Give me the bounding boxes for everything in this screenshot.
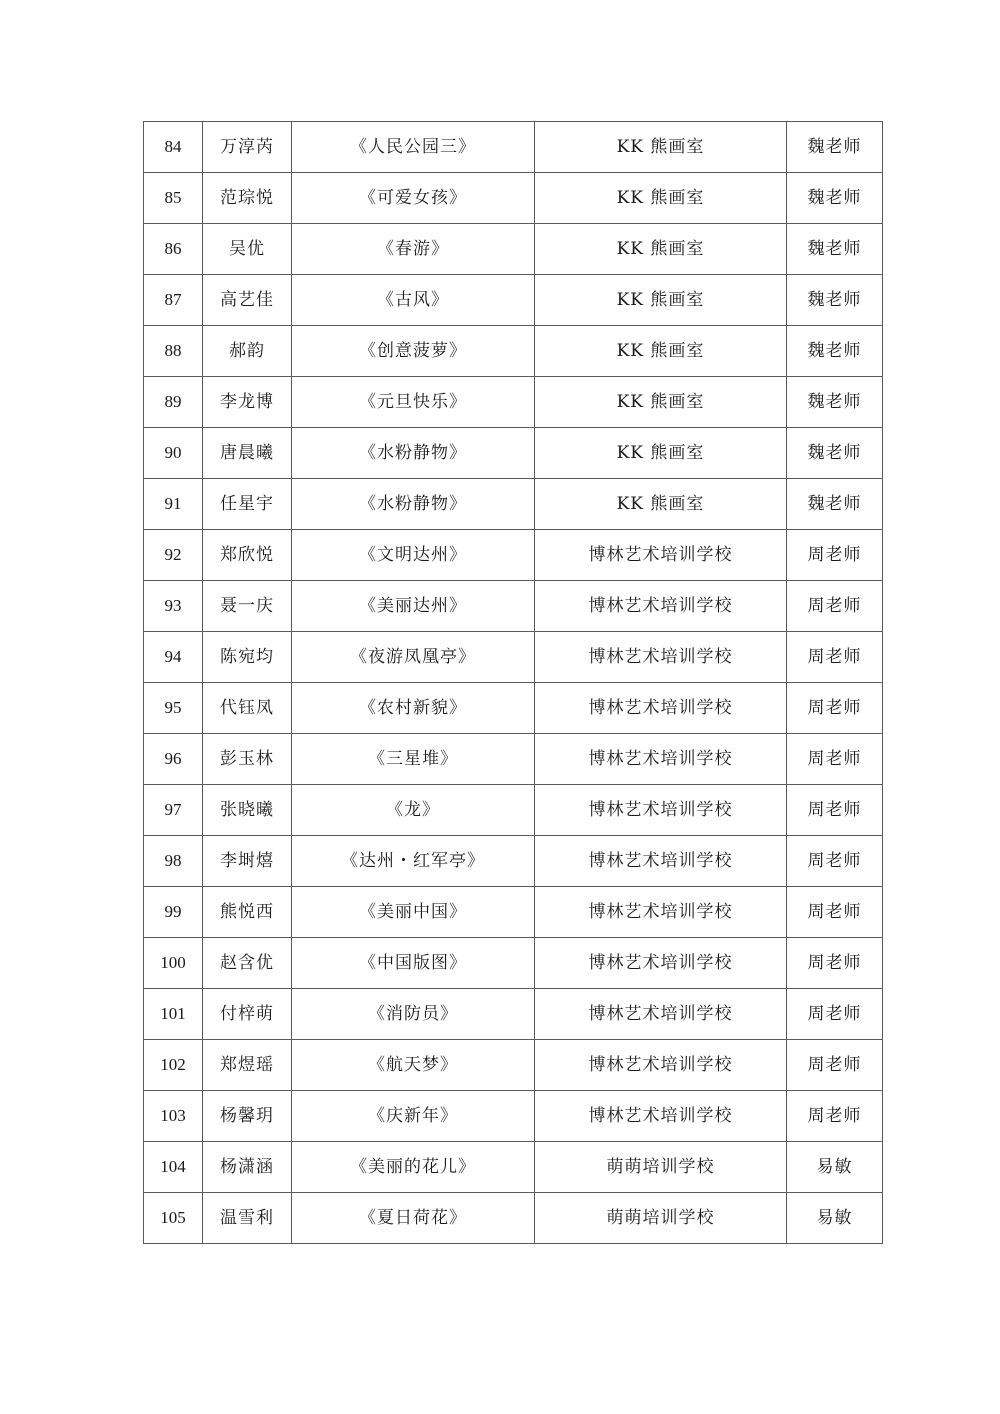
cell-number: 102 bbox=[144, 1040, 203, 1091]
table-row: 104 杨潇涵 《美丽的花儿》 萌萌培训学校 易敏 bbox=[144, 1142, 883, 1193]
table-row: 101 付梓萌 《消防员》 博林艺术培训学校 周老师 bbox=[144, 989, 883, 1040]
cell-teacher: 魏老师 bbox=[787, 326, 883, 377]
cell-artwork-title: 《元旦快乐》 bbox=[292, 377, 535, 428]
cell-artwork-title: 《消防员》 bbox=[292, 989, 535, 1040]
cell-student-name: 郑煜瑶 bbox=[203, 1040, 292, 1091]
table-row: 100 赵含优 《中国版图》 博林艺术培训学校 周老师 bbox=[144, 938, 883, 989]
cell-number: 94 bbox=[144, 632, 203, 683]
cell-artwork-title: 《美丽中国》 bbox=[292, 887, 535, 938]
cell-organization: 博林艺术培训学校 bbox=[535, 734, 787, 785]
cell-number: 99 bbox=[144, 887, 203, 938]
cell-organization: KK 熊画室 bbox=[535, 122, 787, 173]
cell-organization: 博林艺术培训学校 bbox=[535, 887, 787, 938]
cell-student-name: 吴优 bbox=[203, 224, 292, 275]
cell-artwork-title: 《春游》 bbox=[292, 224, 535, 275]
cell-teacher: 周老师 bbox=[787, 836, 883, 887]
cell-number: 89 bbox=[144, 377, 203, 428]
cell-student-name: 杨潇涵 bbox=[203, 1142, 292, 1193]
cell-student-name: 彭玉林 bbox=[203, 734, 292, 785]
cell-artwork-title: 《美丽的花儿》 bbox=[292, 1142, 535, 1193]
cell-artwork-title: 《人民公园三》 bbox=[292, 122, 535, 173]
cell-number: 101 bbox=[144, 989, 203, 1040]
cell-organization: 博林艺术培训学校 bbox=[535, 530, 787, 581]
cell-student-name: 代钰凤 bbox=[203, 683, 292, 734]
cell-student-name: 付梓萌 bbox=[203, 989, 292, 1040]
table-row: 85 范琮悦 《可爱女孩》 KK 熊画室 魏老师 bbox=[144, 173, 883, 224]
cell-student-name: 范琮悦 bbox=[203, 173, 292, 224]
cell-organization: 萌萌培训学校 bbox=[535, 1142, 787, 1193]
cell-teacher: 周老师 bbox=[787, 581, 883, 632]
cell-number: 105 bbox=[144, 1193, 203, 1244]
award-roster-table: 84 万淳芮 《人民公园三》 KK 熊画室 魏老师 85 范琮悦 《可爱女孩》 … bbox=[143, 121, 883, 1244]
cell-teacher: 周老师 bbox=[787, 683, 883, 734]
cell-teacher: 周老师 bbox=[787, 989, 883, 1040]
cell-student-name: 熊悦西 bbox=[203, 887, 292, 938]
cell-artwork-title: 《三星堆》 bbox=[292, 734, 535, 785]
cell-artwork-title: 《水粉静物》 bbox=[292, 479, 535, 530]
cell-organization: 博林艺术培训学校 bbox=[535, 683, 787, 734]
cell-teacher: 周老师 bbox=[787, 938, 883, 989]
cell-number: 86 bbox=[144, 224, 203, 275]
table-row: 99 熊悦西 《美丽中国》 博林艺术培训学校 周老师 bbox=[144, 887, 883, 938]
cell-student-name: 李龙博 bbox=[203, 377, 292, 428]
cell-artwork-title: 《文明达州》 bbox=[292, 530, 535, 581]
cell-student-name: 万淳芮 bbox=[203, 122, 292, 173]
cell-student-name: 杨馨玥 bbox=[203, 1091, 292, 1142]
cell-number: 85 bbox=[144, 173, 203, 224]
cell-organization: KK 熊画室 bbox=[535, 275, 787, 326]
cell-organization: 萌萌培训学校 bbox=[535, 1193, 787, 1244]
cell-organization: 博林艺术培训学校 bbox=[535, 938, 787, 989]
cell-number: 103 bbox=[144, 1091, 203, 1142]
table-row: 103 杨馨玥 《庆新年》 博林艺术培训学校 周老师 bbox=[144, 1091, 883, 1142]
cell-artwork-title: 《航天梦》 bbox=[292, 1040, 535, 1091]
cell-organization: 博林艺术培训学校 bbox=[535, 632, 787, 683]
cell-organization: 博林艺术培训学校 bbox=[535, 785, 787, 836]
cell-teacher: 周老师 bbox=[787, 785, 883, 836]
cell-artwork-title: 《可爱女孩》 bbox=[292, 173, 535, 224]
table-row: 96 彭玉林 《三星堆》 博林艺术培训学校 周老师 bbox=[144, 734, 883, 785]
cell-student-name: 郝韵 bbox=[203, 326, 292, 377]
cell-number: 100 bbox=[144, 938, 203, 989]
cell-organization: 博林艺术培训学校 bbox=[535, 989, 787, 1040]
cell-organization: 博林艺术培训学校 bbox=[535, 836, 787, 887]
cell-teacher: 魏老师 bbox=[787, 479, 883, 530]
cell-number: 90 bbox=[144, 428, 203, 479]
cell-student-name: 李埘熺 bbox=[203, 836, 292, 887]
table-row: 105 温雪利 《夏日荷花》 萌萌培训学校 易敏 bbox=[144, 1193, 883, 1244]
cell-teacher: 周老师 bbox=[787, 530, 883, 581]
cell-student-name: 郑欣悦 bbox=[203, 530, 292, 581]
table-row: 94 陈宛均 《夜游凤凰亭》 博林艺术培训学校 周老师 bbox=[144, 632, 883, 683]
cell-organization: 博林艺术培训学校 bbox=[535, 1091, 787, 1142]
table-row: 86 吴优 《春游》 KK 熊画室 魏老师 bbox=[144, 224, 883, 275]
cell-artwork-title: 《创意菠萝》 bbox=[292, 326, 535, 377]
cell-number: 91 bbox=[144, 479, 203, 530]
cell-student-name: 张晓曦 bbox=[203, 785, 292, 836]
cell-teacher: 魏老师 bbox=[787, 275, 883, 326]
cell-organization: KK 熊画室 bbox=[535, 173, 787, 224]
cell-artwork-title: 《古风》 bbox=[292, 275, 535, 326]
table-row: 93 聂一庆 《美丽达州》 博林艺术培训学校 周老师 bbox=[144, 581, 883, 632]
cell-artwork-title: 《夜游凤凰亭》 bbox=[292, 632, 535, 683]
cell-artwork-title: 《庆新年》 bbox=[292, 1091, 535, 1142]
table-row: 92 郑欣悦 《文明达州》 博林艺术培训学校 周老师 bbox=[144, 530, 883, 581]
cell-artwork-title: 《龙》 bbox=[292, 785, 535, 836]
cell-student-name: 聂一庆 bbox=[203, 581, 292, 632]
cell-number: 87 bbox=[144, 275, 203, 326]
cell-organization: KK 熊画室 bbox=[535, 224, 787, 275]
table-row: 87 高艺佳 《古风》 KK 熊画室 魏老师 bbox=[144, 275, 883, 326]
cell-student-name: 高艺佳 bbox=[203, 275, 292, 326]
cell-organization: KK 熊画室 bbox=[535, 479, 787, 530]
cell-number: 92 bbox=[144, 530, 203, 581]
cell-organization: 博林艺术培训学校 bbox=[535, 1040, 787, 1091]
table-row: 88 郝韵 《创意菠萝》 KK 熊画室 魏老师 bbox=[144, 326, 883, 377]
cell-number: 95 bbox=[144, 683, 203, 734]
cell-number: 88 bbox=[144, 326, 203, 377]
table-body: 84 万淳芮 《人民公园三》 KK 熊画室 魏老师 85 范琮悦 《可爱女孩》 … bbox=[144, 122, 883, 1244]
cell-number: 93 bbox=[144, 581, 203, 632]
table-row: 91 任星宇 《水粉静物》 KK 熊画室 魏老师 bbox=[144, 479, 883, 530]
cell-organization: KK 熊画室 bbox=[535, 326, 787, 377]
cell-artwork-title: 《达州・红军亭》 bbox=[292, 836, 535, 887]
cell-number: 97 bbox=[144, 785, 203, 836]
table-row: 102 郑煜瑶 《航天梦》 博林艺术培训学校 周老师 bbox=[144, 1040, 883, 1091]
cell-teacher: 魏老师 bbox=[787, 224, 883, 275]
table-row: 89 李龙博 《元旦快乐》 KK 熊画室 魏老师 bbox=[144, 377, 883, 428]
table-row: 90 唐晨曦 《水粉静物》 KK 熊画室 魏老师 bbox=[144, 428, 883, 479]
cell-teacher: 魏老师 bbox=[787, 377, 883, 428]
table-row: 97 张晓曦 《龙》 博林艺术培训学校 周老师 bbox=[144, 785, 883, 836]
cell-artwork-title: 《水粉静物》 bbox=[292, 428, 535, 479]
cell-teacher: 周老师 bbox=[787, 1040, 883, 1091]
cell-number: 98 bbox=[144, 836, 203, 887]
cell-organization: KK 熊画室 bbox=[535, 377, 787, 428]
cell-artwork-title: 《农村新貌》 bbox=[292, 683, 535, 734]
cell-number: 104 bbox=[144, 1142, 203, 1193]
cell-teacher: 魏老师 bbox=[787, 173, 883, 224]
cell-student-name: 任星宇 bbox=[203, 479, 292, 530]
cell-student-name: 温雪利 bbox=[203, 1193, 292, 1244]
cell-student-name: 陈宛均 bbox=[203, 632, 292, 683]
cell-teacher: 周老师 bbox=[787, 887, 883, 938]
cell-artwork-title: 《美丽达州》 bbox=[292, 581, 535, 632]
cell-teacher: 魏老师 bbox=[787, 428, 883, 479]
cell-teacher: 易敏 bbox=[787, 1193, 883, 1244]
cell-number: 96 bbox=[144, 734, 203, 785]
table-row: 84 万淳芮 《人民公园三》 KK 熊画室 魏老师 bbox=[144, 122, 883, 173]
cell-artwork-title: 《夏日荷花》 bbox=[292, 1193, 535, 1244]
cell-teacher: 周老师 bbox=[787, 632, 883, 683]
cell-teacher: 魏老师 bbox=[787, 122, 883, 173]
cell-teacher: 周老师 bbox=[787, 734, 883, 785]
cell-artwork-title: 《中国版图》 bbox=[292, 938, 535, 989]
cell-organization: 博林艺术培训学校 bbox=[535, 581, 787, 632]
cell-teacher: 周老师 bbox=[787, 1091, 883, 1142]
cell-student-name: 唐晨曦 bbox=[203, 428, 292, 479]
document-page: 84 万淳芮 《人民公园三》 KK 熊画室 魏老师 85 范琮悦 《可爱女孩》 … bbox=[0, 0, 1000, 1414]
cell-number: 84 bbox=[144, 122, 203, 173]
cell-student-name: 赵含优 bbox=[203, 938, 292, 989]
cell-teacher: 易敏 bbox=[787, 1142, 883, 1193]
table-row: 95 代钰凤 《农村新貌》 博林艺术培训学校 周老师 bbox=[144, 683, 883, 734]
table-row: 98 李埘熺 《达州・红军亭》 博林艺术培训学校 周老师 bbox=[144, 836, 883, 887]
cell-organization: KK 熊画室 bbox=[535, 428, 787, 479]
